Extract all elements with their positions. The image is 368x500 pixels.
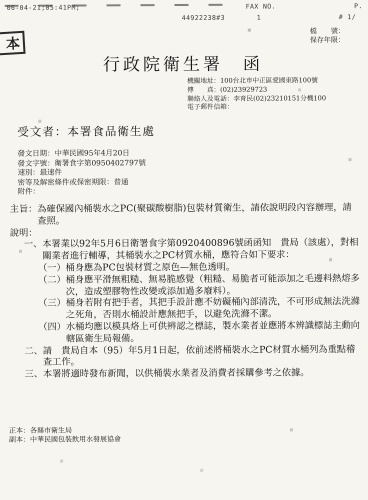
file-reference-block: 檔 號： 保存年限： (310, 27, 345, 45)
fax-document: 06-04-21;05:41PM; FAX NO. P. 44922238#3 … (0, 0, 368, 500)
fax-header-row-2: 44922238#3 1 # 1/ (0, 13, 367, 15)
secrecy-class: 密等及解密條件或保密期限：普通 (18, 177, 146, 187)
document-meta-block: 發文日期：中華民國95年4月20日 發文字號：衛署食字第0950402797號 … (17, 148, 146, 197)
sub-2-text: 桶身應平滑無粗糙、無易脆感覺（粗糙、易脆者可能添加之毛邊料熱熔多次，造成塑膠物性… (66, 273, 361, 298)
sub-2-label: （二） (38, 274, 66, 298)
sub-3-text: 桶身若附有把手者，其把手設計應不妨礙桶內部清洗，不可形成無法洗滌之死角，否則水桶… (66, 296, 361, 321)
explanation-sub-2: （二） 桶身應平滑無粗糙、無易脆感覺（粗糙、易脆者可能添加之毛邊料熱熔多次，造成… (38, 273, 360, 298)
recipient-line: 受文者：本署食品衛生處 (17, 123, 155, 140)
sub-4-text: 水桶均應以模具烙上可供辨認之標誌，製水業者並應將本辨識標誌主動向轄區衛生局報備。 (66, 320, 361, 345)
explanation-sub-3: （三） 桶身若附有把手者，其把手設計應不妨礙桶內部清洗，不可形成無法洗滌之死角，… (38, 296, 360, 321)
distribution-block: 正本：各縣市衛生局 副本：中華民國包裝飲用水發展協會 (9, 426, 121, 445)
retention-period-label: 保存年限： (310, 36, 345, 45)
explanation-item-2: 二、 請 貴局自本（95）年5月1日起，依前述將桶裝水之PC材質水桶列為重點稽查… (24, 344, 360, 369)
agency-info-block: 機關地址：100台北市中正區愛國東路100號 傳 真：(02)23929723 … (187, 76, 357, 112)
fax-no-label: FAX NO. (246, 3, 276, 11)
subject-paragraph: 主旨： 為確保國內桶裝水之PC(聚碳酸樹脂)包裝材質衛生，請依說明段內容辦理，請… (10, 202, 360, 227)
explanation-sub-4: （四） 水桶均應以模具烙上可供辨認之標誌，製水業者並應將本辨識標誌主動向轄區衛生… (38, 320, 360, 345)
subject-text: 為確保國內桶裝水之PC(聚碳酸樹脂)包裝材質衛生，請依說明段內容辦理，請 查照。 (37, 202, 360, 227)
subject-label: 主旨： (10, 204, 38, 228)
sub-3-label: （三） (38, 298, 66, 322)
issue-date: 發文日期：中華民國95年4月20日 (17, 148, 145, 158)
fax-center-mark: 1 (257, 14, 261, 22)
item-3-label: 三、 (25, 369, 43, 381)
recipient-label: 受文者： (17, 125, 67, 139)
sub-1-label: （一） (38, 263, 66, 275)
fax-number: 44922238#3 (182, 14, 225, 22)
recipient-value: 本署食品衛生處 (67, 124, 155, 138)
explanation-item-3: 三、 本署將適時發布新聞，以供桶裝水業者及消費者採購參考之依據。 (25, 367, 361, 381)
item-2-label: 二、 (24, 345, 42, 369)
explanation-item-1: 一、 本署業以92年5月6日衛署食字第0920400896號函函知 貴局（該處）… (24, 237, 360, 262)
document-title: 行政院衛生署 函 (0, 49, 367, 76)
file-number-label: 檔 號： (310, 27, 345, 36)
item-1-text: 本署業以92年5月6日衛署食字第0920400896號函函知 貴局（該處），對相… (42, 237, 360, 262)
item-3-text: 本署將適時發布新聞，以供桶裝水業者及消費者採購參考之依據。 (43, 367, 361, 380)
sub-4-label: （四） (38, 322, 66, 346)
explanation-label: 說明： (10, 227, 38, 239)
fax-page-label: P. (354, 2, 363, 10)
item-2-text: 請 貴局自本（95）年5月1日起，依前述將桶裝水之PC材質水桶列為重點稽查工作。 (43, 344, 361, 369)
document-number: 發文字號：衛署食字第0950402797號 (18, 158, 146, 168)
agency-email: 電子郵件信箱： (187, 102, 357, 112)
item-1-label: 一、 (24, 239, 42, 263)
fax-page-number: # 1/ (339, 13, 356, 21)
carbon-copy-line: 副本：中華民國包裝飲用水發展協會 (9, 436, 121, 446)
document-body: 主旨： 為確保國內桶裝水之PC(聚碳酸樹脂)包裝材質衛生，請依說明段內容辦理，請… (10, 202, 361, 381)
attachment-label: 附件： (18, 187, 146, 197)
fax-timestamp: 06-04-21;05:41PM; (7, 4, 80, 12)
